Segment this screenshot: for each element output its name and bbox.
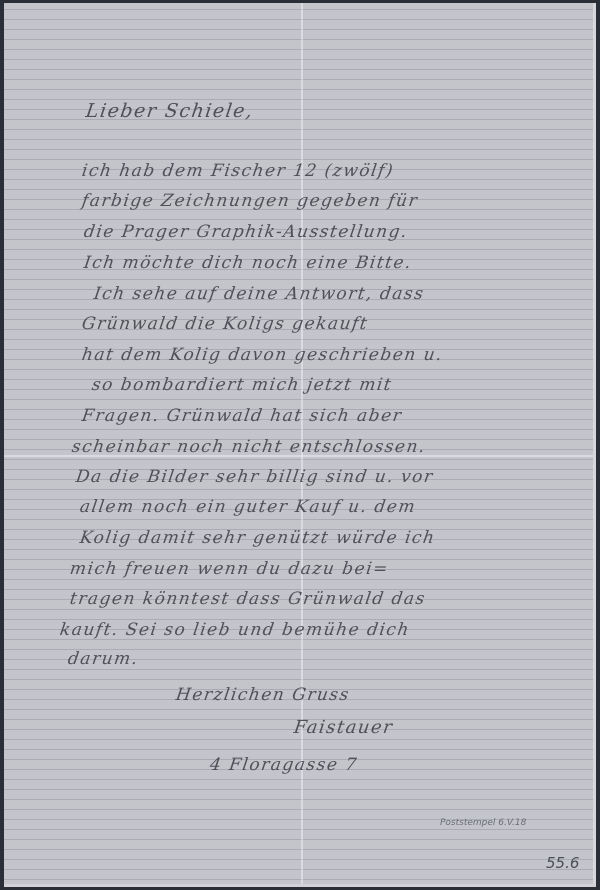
body-line: Grünwald die Koligs gekauft — [81, 314, 370, 334]
closing: Herzlichen Gruss — [175, 685, 352, 705]
body-line: die Prager Graphik-Ausstellung. — [83, 222, 410, 242]
salutation: Lieber Schiele, — [84, 100, 255, 122]
body-line: Fragen. Grünwald hat sich aber — [81, 406, 404, 426]
body-line: tragen könntest dass Grünwald das — [69, 589, 428, 609]
body-line: darum. — [67, 649, 140, 669]
body-line: farbige Zeichnungen gegeben für — [81, 191, 420, 211]
body-line: kauft. Sei so lieb und bemühe dich — [59, 620, 412, 640]
address: 4 Floragasse 7 — [209, 755, 360, 775]
body-line: mich freuen wenn du dazu bei= — [69, 559, 391, 579]
archival-postmark-note: Poststempel 6.V.18 — [440, 818, 526, 828]
body-line: hat dem Kolig davon geschrieben u. — [81, 345, 445, 365]
body-line: so bombardiert mich jetzt mit — [91, 375, 394, 395]
body-line: allem noch ein guter Kauf u. dem — [79, 497, 418, 517]
body-line: scheinbar noch nicht entschlossen. — [71, 437, 428, 457]
body-line: Kolig damit sehr genützt würde ich — [79, 528, 437, 548]
paper-bottom-edge — [4, 884, 596, 887]
body-line: Ich möchte dich noch eine Bitte. — [83, 253, 414, 273]
archival-number: 55.6 — [546, 854, 579, 872]
body-line: Da die Bilder sehr billig sind u. vor — [75, 467, 435, 487]
letter-sheet: Lieber Schiele, ich hab dem Fischer 12 (… — [4, 3, 596, 887]
paper-right-edge — [593, 3, 596, 887]
body-line: Ich sehe auf deine Antwort, dass — [93, 284, 426, 304]
body-line: ich hab dem Fischer 12 (zwölf) — [81, 161, 396, 181]
signature: Faistauer — [293, 717, 395, 738]
